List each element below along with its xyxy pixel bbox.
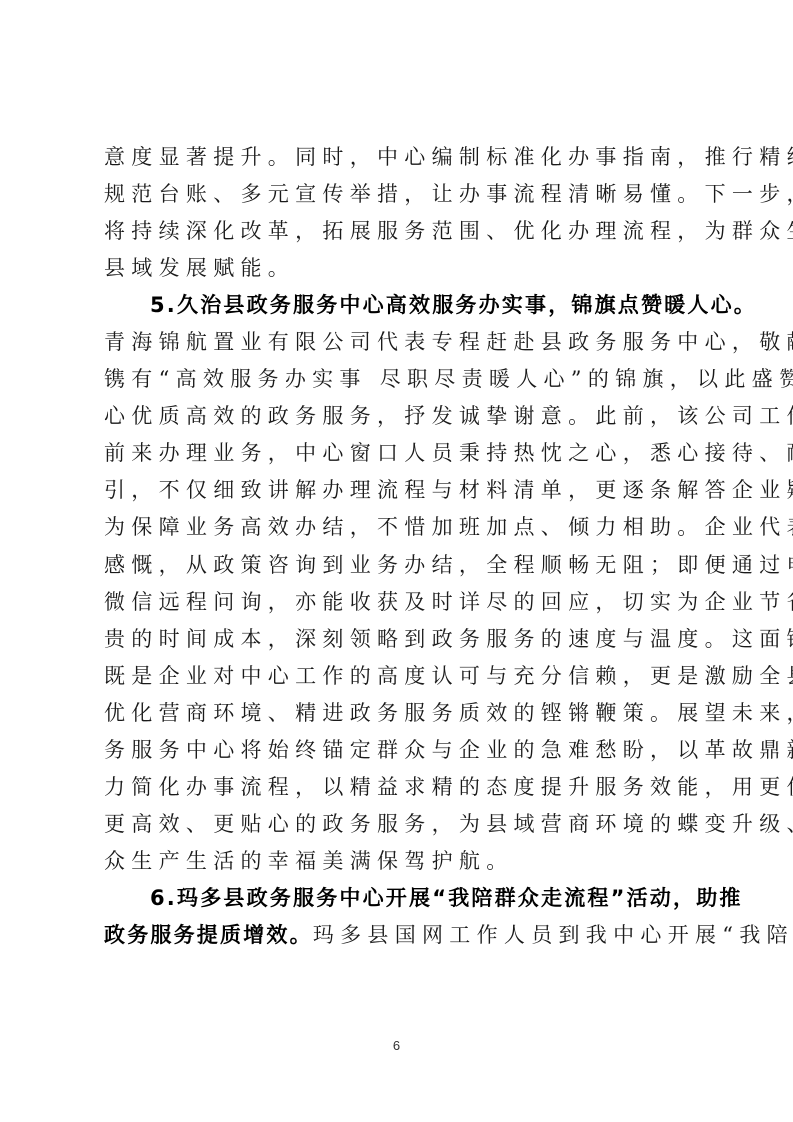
paragraph-continuation: 意度显著提升。同时，中心编制标准化办事指南，推行精细引导、 规范台账、多元宣传举…	[104, 139, 700, 287]
text-line: 镌有“高效服务办实事 尽职尽责暖人心”的锦旗，以此盛赞中	[104, 361, 700, 398]
page-number: 6	[0, 1038, 793, 1053]
text-line: 为保障业务高效办结，不惜加班加点、倾力相助。企业代表由衷	[104, 509, 700, 546]
text-line: 将持续深化改革，拓展服务范围、优化办理流程，为群众生活和	[104, 213, 700, 250]
section-5: 5.久治县政务服务中心高效服务办实事，锦旗点赞暖人心。 青海锦航置业有限公司代表…	[104, 287, 700, 880]
document-body: 意度显著提升。同时，中心编制标准化办事指南，推行精细引导、 规范台账、多元宣传举…	[104, 139, 700, 954]
document-page: 意度显著提升。同时，中心编制标准化办事指南，推行精细引导、 规范台账、多元宣传举…	[0, 0, 793, 1122]
text-line: 青海锦航置业有限公司代表专程赶赴县政务服务中心，敬献一面	[104, 324, 700, 361]
text-line: 规范台账、多元宣传举措，让办事流程清晰易懂。下一步，中心	[104, 176, 700, 213]
text-line: 微信远程问询，亦能收获及时详尽的回应，切实为企业节省了宝	[104, 584, 700, 621]
section-6-body-start: 玛多县国网工作人员到我中心开展“我陪群	[313, 923, 793, 947]
text-line: 优化营商环境、精进政务服务质效的铿锵鞭策。展望未来，县政	[104, 695, 700, 732]
section-5-heading: 5.久治县政务服务中心高效服务办实事，锦旗点赞暖人心。	[104, 287, 700, 324]
section-6-heading: 6.玛多县政务服务中心开展“我陪群众走流程”活动，助推	[104, 880, 700, 917]
text-line: 引，不仅细致讲解办理流程与材料清单，更逐条解答企业疑虑，	[104, 472, 700, 509]
text-line: 力简化办事流程，以精益求精的态度提升服务效能，用更优质、	[104, 769, 700, 806]
text-line: 众生产生活的幸福美满保驾护航。	[104, 843, 700, 880]
text-line: 县域发展赋能。	[104, 250, 700, 287]
text-line: 贵的时间成本，深刻领略到政务服务的速度与温度。这面锦旗，	[104, 621, 700, 658]
section-6: 6.玛多县政务服务中心开展“我陪群众走流程”活动，助推 政务服务提质增效。玛多县…	[104, 880, 700, 954]
text-line: 心优质高效的政务服务，抒发诚挚谢意。此前，该公司工作人员	[104, 398, 700, 435]
text-line: 意度显著提升。同时，中心编制标准化办事指南，推行精细引导、	[104, 139, 700, 176]
text-line: 既是企业对中心工作的高度认可与充分信赖，更是激励全县持续	[104, 658, 700, 695]
text-line: 政务服务提质增效。玛多县国网工作人员到我中心开展“我陪群	[104, 917, 700, 954]
text-line: 感慨，从政策咨询到业务办结，全程顺畅无阻；即便通过电话、	[104, 547, 700, 584]
text-line: 更高效、更贴心的政务服务，为县域营商环境的蝶变升级、为群	[104, 806, 700, 843]
text-line: 前来办理业务，中心窗口人员秉持热忱之心，悉心接待、耐心指	[104, 435, 700, 472]
text-line: 务服务中心将始终锚定群众与企业的急难愁盼，以革故鼎新的魄	[104, 732, 700, 769]
section-6-heading-end: 政务服务提质增效。	[104, 923, 313, 947]
